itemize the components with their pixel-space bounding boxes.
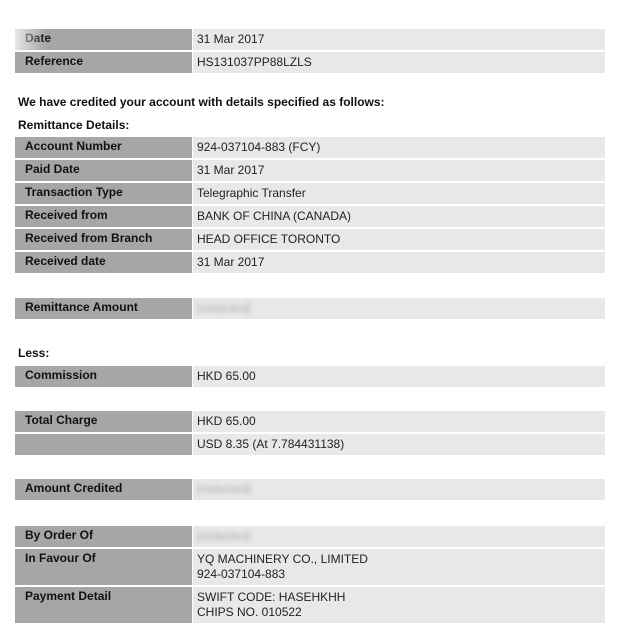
date-value: 31 Mar 2017 [193,29,605,50]
total-charge-label: Total Charge [15,411,192,432]
redacted-text: [redacted] [197,482,250,496]
by-order-of-row: By Order Of [redacted] [15,526,605,547]
transaction-type-value: Telegraphic Transfer [193,183,605,204]
date-row: Date 31 Mar 2017 [15,29,605,50]
commission-value: HKD 65.00 [193,366,605,387]
amount-credited-value: [redacted] [193,479,605,500]
remittance-amount-label: Remittance Amount [15,298,192,319]
redacted-text: [redacted] [197,529,250,543]
transaction-type-row: Transaction Type Telegraphic Transfer [15,183,605,204]
empty-label [15,434,192,455]
received-from-branch-row: Received from Branch HEAD OFFICE TORONTO [15,229,605,250]
commission-row: Commission HKD 65.00 [15,366,605,387]
account-number-row: Account Number 924-037104-883 (FCY) [15,137,605,158]
section-title: Remittance Details: [18,118,129,132]
by-order-of-value: [redacted] [193,526,605,547]
intro-text: We have credited your account with detai… [18,95,385,109]
payment-detail-row: Payment Detail SWIFT CODE: HASEHKHH CHIP… [15,587,605,623]
received-date-label: Received date [15,252,192,273]
received-from-row: Received from BANK OF CHINA (CANADA) [15,206,605,227]
amount-credited-label: Amount Credited [15,479,192,500]
beneficiary-name: YQ MACHINERY CO., LIMITED [197,552,605,567]
transaction-type-label: Transaction Type [15,183,192,204]
in-favour-of-value: YQ MACHINERY CO., LIMITED 924-037104-883 [193,549,605,585]
beneficiary-account: 924-037104-883 [197,567,605,582]
received-from-branch-value: HEAD OFFICE TORONTO [193,229,605,250]
remittance-amount-row: Remittance Amount [redacted] [15,298,605,319]
total-charge-usd-row: USD 8.35 (At 7.784431138) [15,434,605,455]
by-order-of-label: By Order Of [15,526,192,547]
received-from-value: BANK OF CHINA (CANADA) [193,206,605,227]
payment-detail-label: Payment Detail [15,587,192,623]
remittance-amount-value: [redacted] [193,298,605,319]
total-charge-row: Total Charge HKD 65.00 [15,411,605,432]
received-from-branch-label: Received from Branch [15,229,192,250]
account-number-label: Account Number [15,137,192,158]
redaction-blur [8,24,46,54]
chips-number: CHIPS NO. 010522 [197,605,605,620]
redacted-text: [redacted] [197,301,250,315]
paid-date-row: Paid Date 31 Mar 2017 [15,160,605,181]
commission-label: Commission [15,366,192,387]
swift-code: SWIFT CODE: HASEHKHH [197,590,605,605]
received-date-value: 31 Mar 2017 [193,252,605,273]
total-charge-usd-value: USD 8.35 (At 7.784431138) [193,434,605,455]
reference-label: Reference [15,52,192,73]
reference-row: Reference HS131037PP88LZLS [15,52,605,73]
received-from-label: Received from [15,206,192,227]
payment-detail-value: SWIFT CODE: HASEHKHH CHIPS NO. 010522 [193,587,605,623]
reference-value: HS131037PP88LZLS [193,52,605,73]
paid-date-value: 31 Mar 2017 [193,160,605,181]
in-favour-of-label: In Favour Of [15,549,192,585]
less-label: Less: [18,346,49,360]
total-charge-value: HKD 65.00 [193,411,605,432]
account-number-value: 924-037104-883 (FCY) [193,137,605,158]
amount-credited-row: Amount Credited [redacted] [15,479,605,500]
paid-date-label: Paid Date [15,160,192,181]
received-date-row: Received date 31 Mar 2017 [15,252,605,273]
in-favour-of-row: In Favour Of YQ MACHINERY CO., LIMITED 9… [15,549,605,585]
